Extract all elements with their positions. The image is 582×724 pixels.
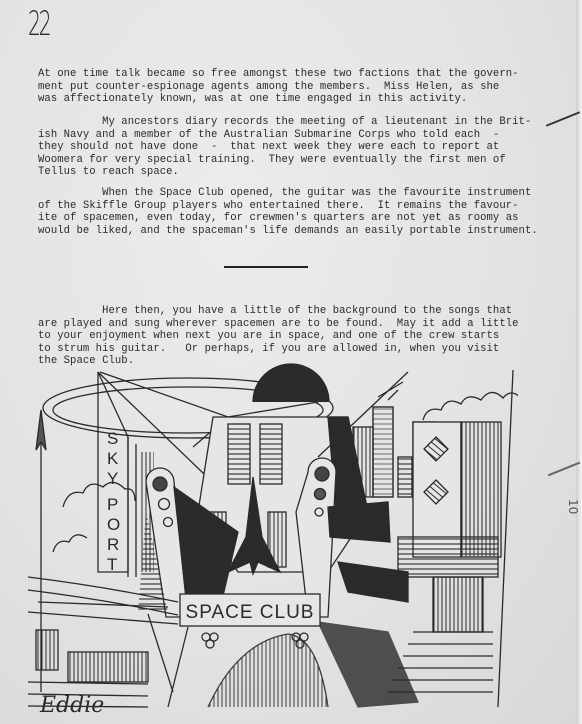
space-club-sign: SPACE CLUB [186, 602, 315, 623]
page-number: 22 [28, 4, 49, 44]
paragraph-1: At one time talk became so free amongst … [38, 68, 538, 106]
page-edge [576, 0, 582, 724]
paragraph-3: When the Space Club opened, the guitar w… [38, 187, 538, 237]
paragraph-4: Here then, you have a little of the back… [38, 305, 538, 368]
margin-mark: 10 [566, 499, 580, 514]
sky-port-sign: SKYPORT [107, 429, 120, 574]
scanned-document-page: 22 At one time talk became so free among… [0, 0, 582, 724]
artist-signature: Eddie [39, 693, 104, 718]
pen-mark [546, 111, 580, 126]
paragraph-2: My ancestors diary records the meeting o… [38, 116, 538, 179]
section-divider [224, 266, 308, 268]
svg-text:SKYPORT: SKYPORT [107, 429, 120, 574]
spaceport-illustration: SKYPORT [28, 362, 518, 722]
